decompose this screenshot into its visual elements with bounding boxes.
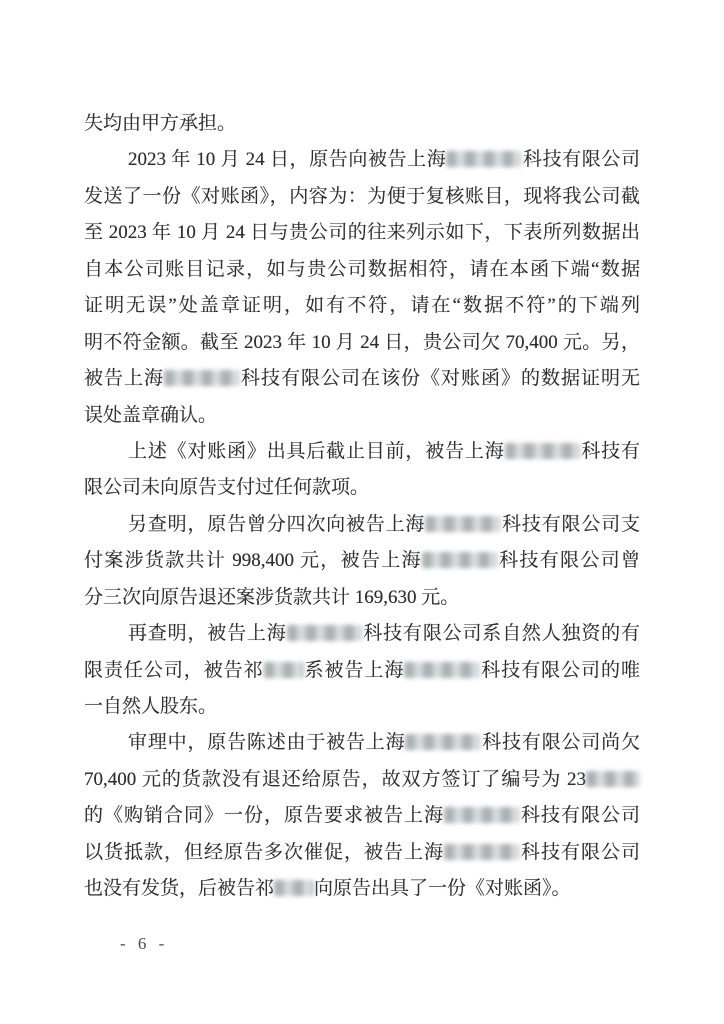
text-run: 另查明，原告曾分四次向被告上海	[128, 514, 425, 535]
text-run: 科技有限公司支	[501, 514, 640, 535]
redacted-number-name	[586, 771, 640, 787]
text-run: 以货抵款，但经原告多次催促，被告上海	[84, 842, 444, 863]
text-run: 证明无误”处盖章证明，如有不符，请在“数据不符”的下端列	[84, 295, 640, 316]
text-line: 以货抵款，但经原告多次催促，被告上海科技有限公司	[84, 835, 640, 871]
text-line: 付案涉货款共计 998,400 元，被告上海科技有限公司曾	[84, 543, 640, 579]
text-line: 失均由甲方承担。	[84, 106, 640, 142]
text-line: 发送了一份《对账函》，内容为：为便于复核账目，现将我公司截	[84, 179, 640, 215]
redacted-company-name	[444, 844, 520, 860]
text-run: 科技有限公司	[522, 149, 640, 170]
text-run: 也没有发货，后被告祁	[84, 878, 274, 899]
text-run: 70,400 元的货款没有退还给原告，故双方签订了编号为 23	[84, 769, 586, 790]
text-line: 证明无误”处盖章证明，如有不符，请在“数据不符”的下端列	[84, 288, 640, 324]
redacted-company-name	[405, 734, 481, 750]
text-run: 再查明，被告上海	[128, 623, 287, 644]
text-line: 分三次向原告退还案涉货款共计 169,630 元。	[84, 580, 640, 616]
text-run: 上述《对账函》出具后截止目前，被告上海	[128, 441, 505, 462]
text-run: 科技有限公司尚欠	[481, 732, 640, 753]
text-line: 也没有发货，后被告祁向原告出具了一份《对账函》。	[84, 871, 640, 907]
scanned-document-page: 失均由甲方承担。2023 年 10 月 24 日，原告向被告上海科技有限公司发送…	[0, 0, 724, 1024]
text-line: 至 2023 年 10 月 24 日与贵公司的往来列示如下，下表所列数据出	[84, 215, 640, 251]
text-line: 审理中，原告陈述由于被告上海科技有限公司尚欠	[84, 725, 640, 761]
text-run: 失均由甲方承担。	[84, 113, 236, 134]
redacted-company-name	[422, 552, 498, 568]
redacted-company-name	[446, 151, 522, 167]
redacted-person-name	[264, 662, 304, 678]
text-line: 明不符金额。截至 2023 年 10 月 24 日，贵公司欠 70,400 元。…	[84, 325, 640, 361]
text-line: 自本公司账目记录，如与贵公司数据相符，请在本函下端“数据	[84, 252, 640, 288]
text-line: 被告上海科技有限公司在该份《对账函》的数据证明无	[84, 361, 640, 397]
text-run: 分三次向原告退还案涉货款共计 169,630 元。	[84, 587, 459, 608]
text-run: 系被告上海	[304, 660, 405, 681]
redacted-company-name	[404, 662, 480, 678]
text-line: 再查明，被告上海科技有限公司系自然人独资的有	[84, 616, 640, 652]
text-line: 上述《对账函》出具后截止目前，被告上海科技有	[84, 434, 640, 470]
page-number: - 6 -	[120, 934, 168, 954]
text-line: 限责任公司，被告祁系被告上海科技有限公司的唯	[84, 653, 640, 689]
text-line: 一自然人股东。	[84, 689, 640, 725]
text-run: 科技有限公司在该份《对账函》的数据证明无	[240, 368, 640, 389]
text-run: 2023 年 10 月 24 日，原告向被告上海	[128, 149, 446, 170]
redacted-company-name	[505, 443, 581, 459]
redacted-company-name	[444, 807, 520, 823]
text-run: 一自然人股东。	[84, 696, 217, 717]
text-run: 发送了一份《对账函》，内容为：为便于复核账目，现将我公司截	[84, 186, 640, 207]
text-run: 明不符金额。截至 2023 年 10 月 24 日，贵公司欠 70,400 元。…	[84, 332, 640, 353]
text-run: 被告上海	[84, 368, 164, 389]
text-run: 误处盖章确认。	[84, 405, 217, 426]
text-run: 科技有限公司	[520, 842, 640, 863]
text-run: 审理中，原告陈述由于被告上海	[128, 732, 405, 753]
text-line: 另查明，原告曾分四次向被告上海科技有限公司支	[84, 507, 640, 543]
text-line: 误处盖章确认。	[84, 398, 640, 434]
text-block: 失均由甲方承担。2023 年 10 月 24 日，原告向被告上海科技有限公司发送…	[84, 106, 640, 908]
redacted-company-name	[425, 516, 501, 532]
text-run: 自本公司账目记录，如与贵公司数据相符，请在本函下端“数据	[84, 259, 640, 280]
text-run: 科技有限公司系自然人独资的有	[363, 623, 640, 644]
text-run: 向原告出具了一份《对账函》。	[314, 878, 571, 899]
text-line: 限公司未向原告支付过任何款项。	[84, 470, 640, 506]
text-line: 2023 年 10 月 24 日，原告向被告上海科技有限公司	[84, 142, 640, 178]
text-run: 科技有	[581, 441, 640, 462]
text-run: 限责任公司，被告祁	[84, 660, 264, 681]
text-run: 科技有限公司的唯	[480, 660, 640, 681]
redacted-company-name	[287, 625, 363, 641]
text-run: 付案涉货款共计 998,400 元，被告上海	[84, 550, 422, 571]
redacted-company-name	[164, 370, 240, 386]
text-run: 科技有限公司	[520, 805, 640, 826]
redacted-person-name	[274, 880, 314, 896]
text-line: 70,400 元的货款没有退还给原告，故双方签订了编号为 23	[84, 762, 640, 798]
text-run: 的《购销合同》一份，原告要求被告上海	[84, 805, 444, 826]
text-run: 科技有限公司曾	[498, 550, 640, 571]
text-run: 限公司未向原告支付过任何款项。	[84, 477, 369, 498]
text-run: 至 2023 年 10 月 24 日与贵公司的往来列示如下，下表所列数据出	[84, 222, 640, 243]
text-line: 的《购销合同》一份，原告要求被告上海科技有限公司	[84, 798, 640, 834]
